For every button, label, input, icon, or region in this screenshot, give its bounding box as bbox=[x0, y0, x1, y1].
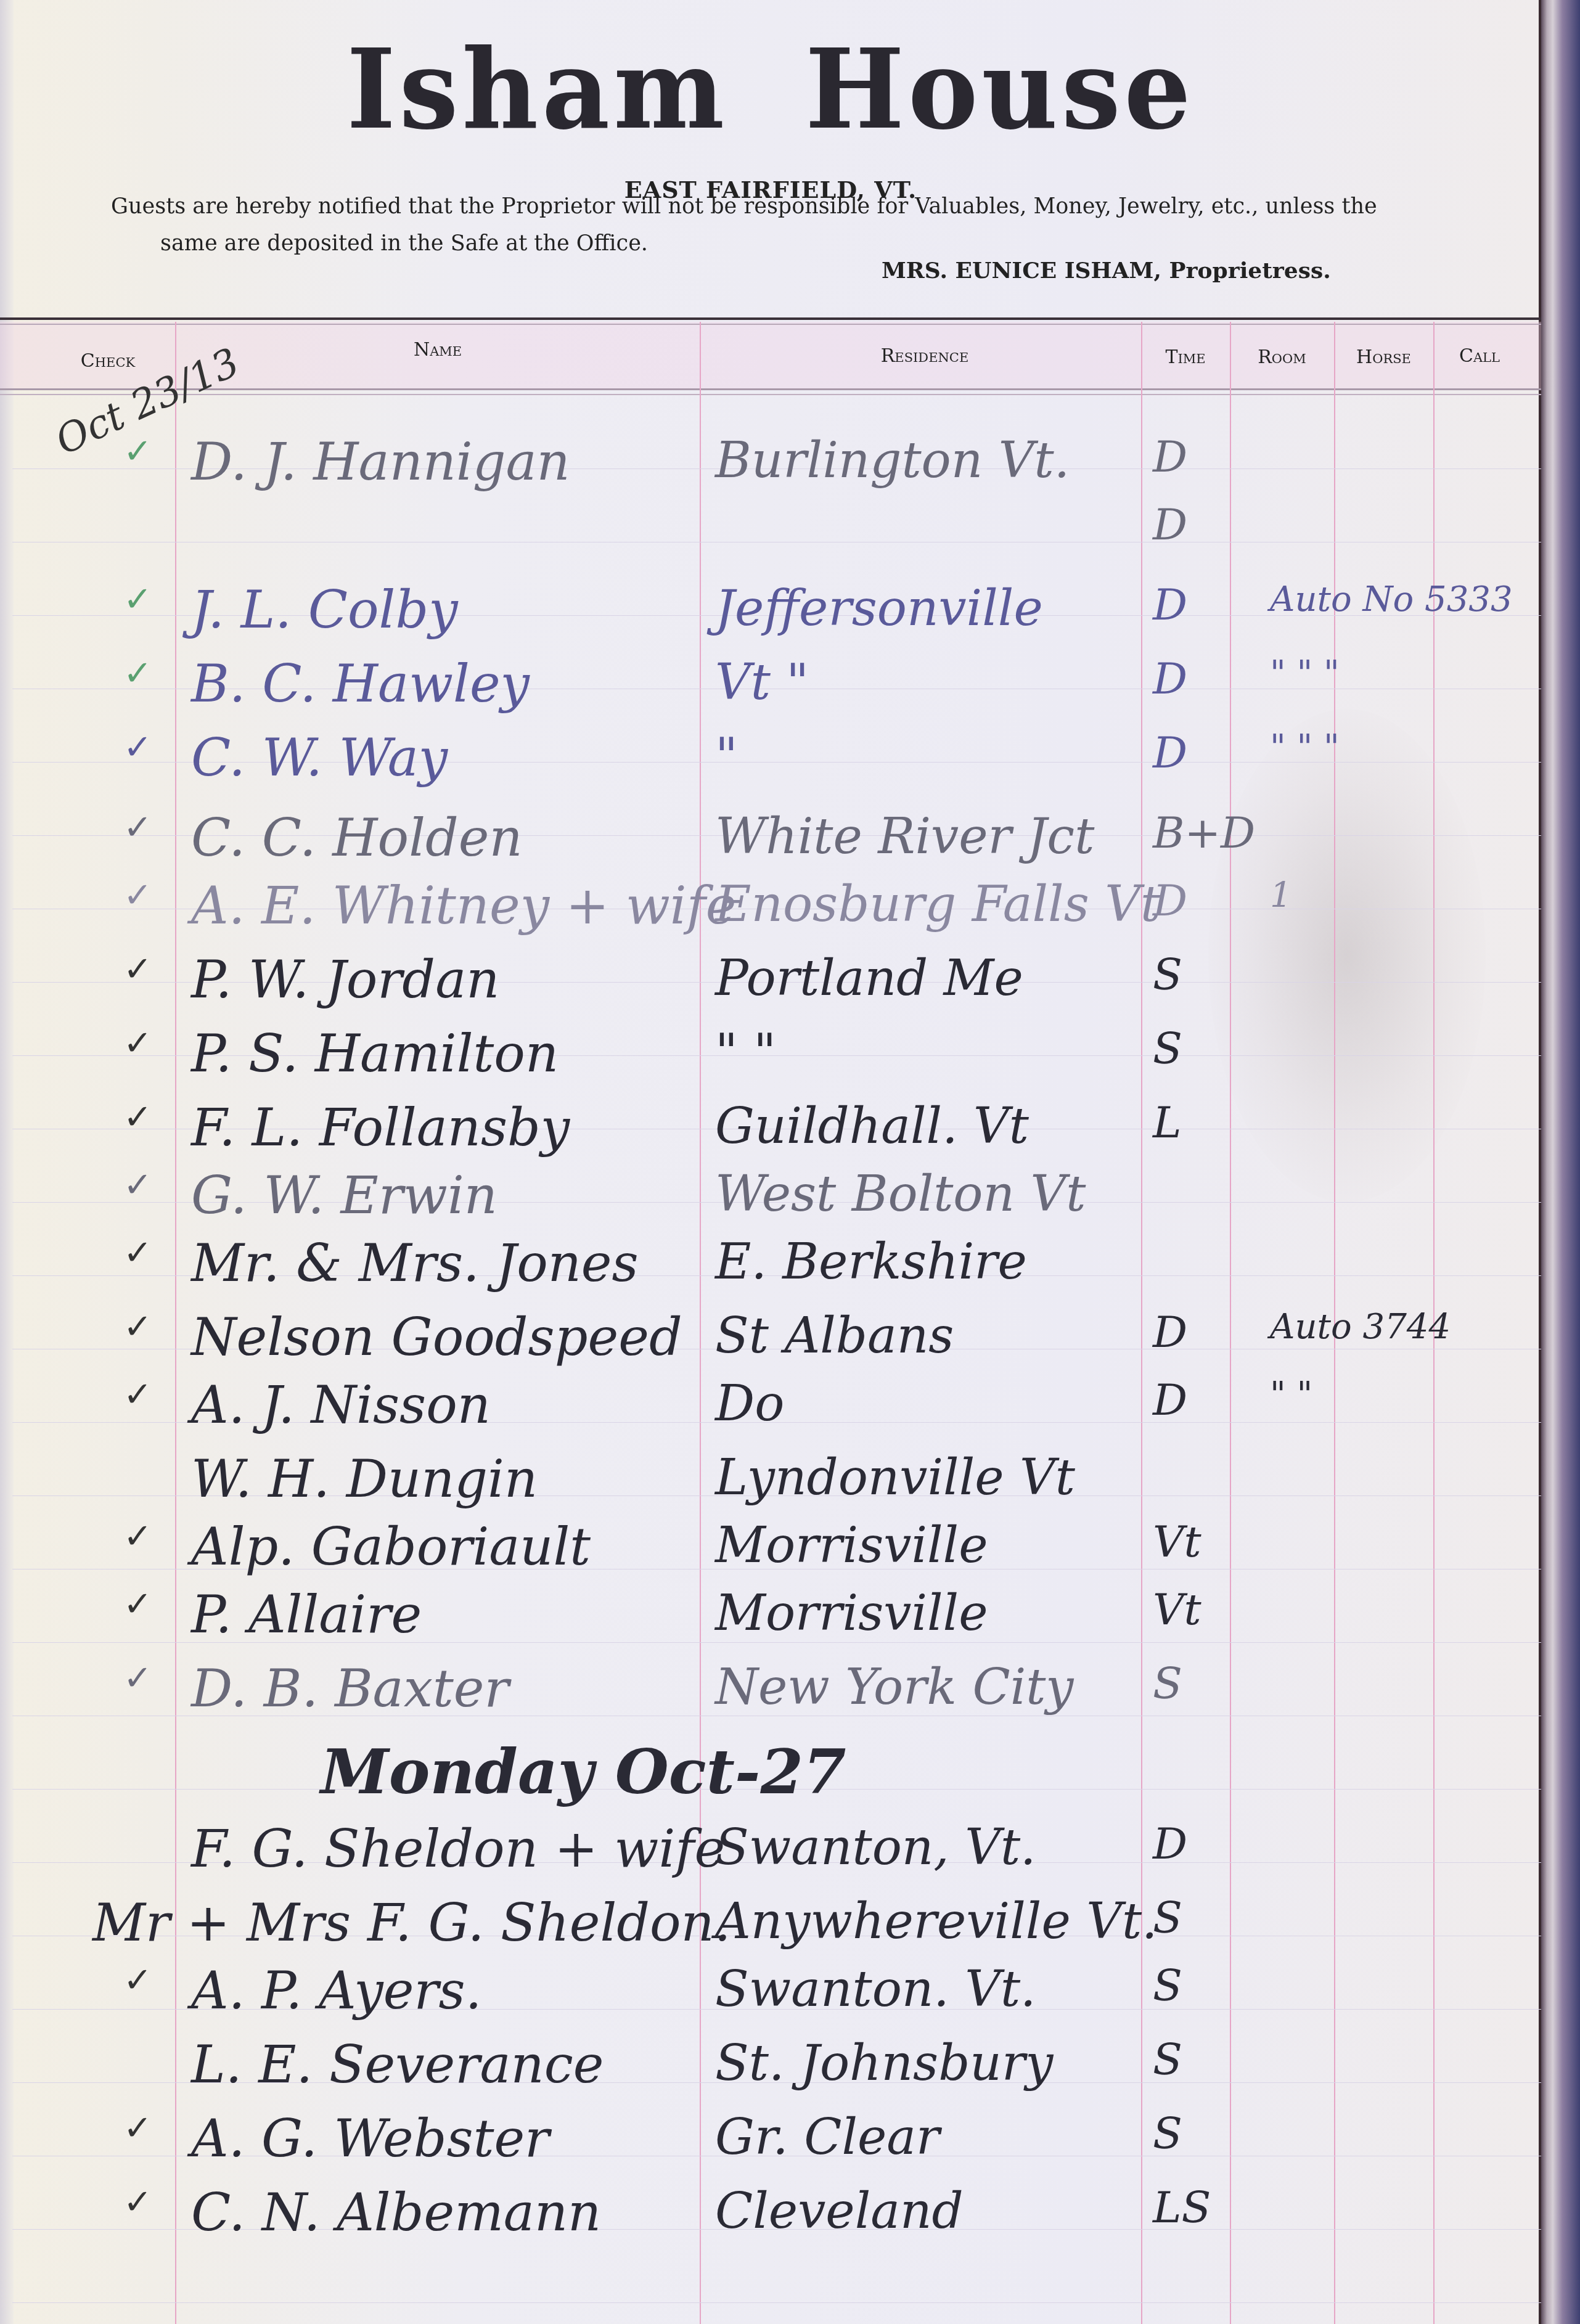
proprietress-signature: MRS. EUNICE ISHAM, Proprietress. bbox=[882, 258, 1331, 284]
check-mark: ✓ bbox=[123, 1307, 152, 1347]
guest-residence: Anywhereville Vt. bbox=[715, 1892, 1158, 1950]
room-horse-call-note: " " " bbox=[1270, 653, 1340, 694]
check-mark: ✓ bbox=[123, 1165, 152, 1205]
arrival-time: S bbox=[1153, 1658, 1182, 1709]
guest-residence: Enosburg Falls Vt bbox=[715, 875, 1160, 933]
ruled-line bbox=[12, 2302, 1541, 2303]
guest-name: D. B. Baxter bbox=[191, 1658, 509, 1719]
room-horse-call-note: " " bbox=[1270, 1375, 1312, 1415]
header-room: Room bbox=[1230, 346, 1334, 368]
column-divider bbox=[1230, 322, 1231, 2324]
arrival-time: D bbox=[1153, 653, 1187, 704]
guest-name: W. H. Dungin bbox=[191, 1449, 538, 1509]
arrival-time: Vt bbox=[1153, 1516, 1201, 1567]
arrival-time: S bbox=[1153, 1892, 1182, 1943]
guest-name: F. L. Follansby bbox=[191, 1097, 570, 1158]
header-name: Name bbox=[345, 339, 530, 361]
check-mark: ✓ bbox=[123, 1233, 152, 1273]
guest-name: P. S. Hamilton bbox=[191, 1023, 559, 1084]
room-horse-call-note: Auto 3744 bbox=[1270, 1307, 1451, 1347]
notice-line-2: same are deposited in the Safe at the Of… bbox=[160, 225, 648, 262]
column-divider bbox=[700, 322, 701, 2324]
check-mark: ✓ bbox=[123, 949, 152, 989]
check-mark: ✓ bbox=[123, 579, 152, 620]
book-cover-edge bbox=[1541, 0, 1580, 2324]
header-time: Time bbox=[1141, 346, 1230, 368]
arrival-time: Vt bbox=[1153, 1584, 1201, 1635]
arrival-time: D bbox=[1153, 499, 1187, 550]
guest-name: A. E. Whitney + wife bbox=[191, 875, 736, 936]
check-mark: ✓ bbox=[123, 2108, 152, 2148]
arrival-time: S bbox=[1153, 2108, 1182, 2159]
guest-residence: " bbox=[715, 727, 738, 785]
day-heading: Monday Oct-27 bbox=[321, 1735, 846, 1808]
check-mark: ✓ bbox=[123, 727, 152, 767]
room-horse-call-note: 1 bbox=[1270, 875, 1292, 915]
arrival-time: S bbox=[1153, 949, 1182, 1000]
guest-name: Mr + Mrs F. G. Sheldon. bbox=[92, 1892, 731, 1953]
header-rule bbox=[0, 388, 1541, 395]
header-check: Check bbox=[62, 350, 154, 372]
check-mark: ✓ bbox=[123, 653, 152, 694]
guest-name: Nelson Goodspeed bbox=[191, 1307, 682, 1367]
guest-residence: Burlington Vt. bbox=[715, 432, 1070, 489]
check-mark: ✓ bbox=[123, 875, 152, 915]
guest-residence: Cleveland bbox=[715, 2182, 964, 2240]
arrival-time: L bbox=[1153, 1097, 1181, 1148]
guest-name: Alp. Gaboriault bbox=[191, 1516, 591, 1577]
guest-name: D. J. Hannigan bbox=[191, 432, 570, 492]
notice-line-1: Guests are hereby notified that the Prop… bbox=[111, 188, 1377, 225]
water-stain bbox=[1208, 709, 1486, 1202]
arrival-time: LS bbox=[1153, 2182, 1211, 2233]
guest-name: J. L. Colby bbox=[191, 579, 458, 640]
guest-residence: Morrisville bbox=[715, 1516, 988, 1574]
guest-name: Mr. & Mrs. Jones bbox=[191, 1233, 639, 1293]
guest-residence: New York City bbox=[715, 1658, 1074, 1716]
arrival-time: D bbox=[1153, 1819, 1187, 1869]
arrival-time: S bbox=[1153, 2034, 1182, 2085]
guest-name: C. N. Albemann bbox=[191, 2182, 601, 2243]
guest-residence: Vt " bbox=[715, 653, 809, 711]
guest-residence: St Albans bbox=[715, 1307, 954, 1364]
guest-residence: St. Johnsbury bbox=[715, 2034, 1053, 2092]
guest-residence: Swanton. Vt. bbox=[715, 1960, 1036, 2018]
guest-residence: Portland Me bbox=[715, 949, 1023, 1007]
arrival-time: D bbox=[1153, 432, 1187, 482]
room-horse-call-note: " " " bbox=[1270, 727, 1340, 767]
guest-residence: Guildhall. Vt bbox=[715, 1097, 1029, 1155]
guest-residence: Jeffersonville bbox=[715, 579, 1043, 637]
guest-name: C. C. Holden bbox=[191, 808, 523, 868]
hotel-title: Isham House bbox=[0, 25, 1541, 154]
arrival-time: S bbox=[1153, 1960, 1182, 2011]
guest-name: C. W. Way bbox=[191, 727, 448, 788]
header-horse: Horse bbox=[1334, 346, 1433, 368]
arrival-time: D bbox=[1153, 1307, 1187, 1357]
guest-name: A. J. Nisson bbox=[191, 1375, 491, 1435]
room-horse-call-note: Auto No 5333 bbox=[1270, 579, 1513, 620]
check-mark: ✓ bbox=[123, 432, 152, 472]
check-mark: ✓ bbox=[123, 1023, 152, 1063]
guest-name: P. Allaire bbox=[191, 1584, 422, 1645]
check-mark: ✓ bbox=[123, 1658, 152, 1698]
guest-name: P. W. Jordan bbox=[191, 949, 499, 1010]
ruled-line bbox=[12, 542, 1541, 542]
arrival-time: D bbox=[1153, 1375, 1187, 1425]
guest-name: F. G. Sheldon + wife bbox=[191, 1819, 725, 1879]
guest-name: A. P. Ayers. bbox=[191, 1960, 481, 2021]
check-mark: ✓ bbox=[123, 2182, 152, 2222]
check-mark: ✓ bbox=[123, 808, 152, 848]
guest-name: G. W. Erwin bbox=[191, 1165, 497, 1225]
guest-residence: Morrisville bbox=[715, 1584, 988, 1642]
header-residence: Residence bbox=[801, 345, 1048, 367]
check-mark: ✓ bbox=[123, 1375, 152, 1415]
guest-name: A. G. Webster bbox=[191, 2108, 549, 2169]
guest-residence: " " bbox=[715, 1023, 776, 1081]
guest-residence: West Bolton Vt bbox=[715, 1165, 1086, 1222]
top-rule bbox=[0, 317, 1541, 325]
column-divider bbox=[175, 322, 176, 2324]
guest-residence: Do bbox=[715, 1375, 784, 1432]
arrival-time: B+D bbox=[1153, 808, 1255, 858]
check-mark: ✓ bbox=[123, 1584, 152, 1624]
guest-residence: E. Berkshire bbox=[715, 1233, 1027, 1290]
guest-name: L. E. Severance bbox=[191, 2034, 604, 2095]
guest-residence: Swanton, Vt. bbox=[715, 1819, 1036, 1876]
check-mark: ✓ bbox=[123, 1097, 152, 1137]
arrival-time: D bbox=[1153, 727, 1187, 778]
guest-residence: Gr. Clear bbox=[715, 2108, 939, 2166]
arrival-time: D bbox=[1153, 579, 1187, 630]
header-call: Call bbox=[1433, 345, 1526, 367]
guest-residence: Lyndonville Vt bbox=[715, 1449, 1075, 1506]
arrival-time: D bbox=[1153, 875, 1187, 926]
guest-name: B. C. Hawley bbox=[191, 653, 530, 714]
check-mark: ✓ bbox=[123, 1516, 152, 1557]
check-mark: ✓ bbox=[123, 1960, 152, 2000]
guest-residence: White River Jct bbox=[715, 808, 1094, 865]
arrival-time: S bbox=[1153, 1023, 1182, 1074]
column-divider bbox=[1141, 322, 1142, 2324]
